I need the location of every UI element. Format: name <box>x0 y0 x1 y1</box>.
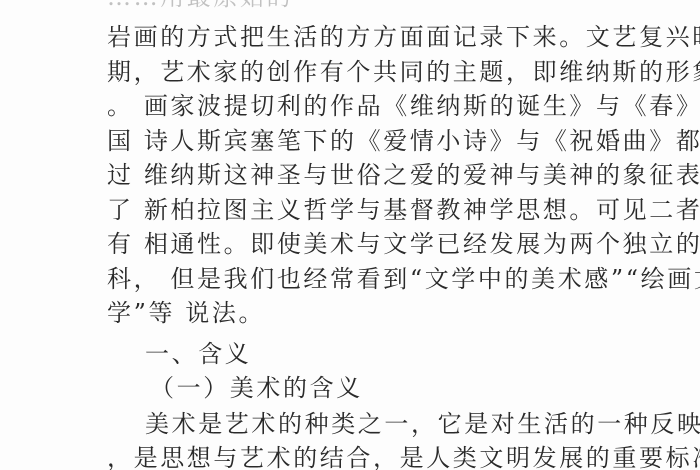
subsection-heading: （一）美术的含义 <box>150 373 363 403</box>
text-line: 岩画的方式把生活的方方面面记录下来。文艺复兴时 <box>107 22 700 52</box>
text-line: 。 画家波提切利的作品《维纳斯的诞生》与《春》英 <box>107 91 700 121</box>
text-line: 科， 但是我们也经常看到“文学中的美术感”“绘画文 <box>107 264 700 294</box>
text-line: 学”等 说法。 <box>107 298 265 328</box>
text-line: 过 维纳斯这神圣与世俗之爱的爱神与美神的象征表达 <box>107 160 700 190</box>
text-line: 国 诗人斯宾塞笔下的《爱情小诗》与《祝婚曲》都通 <box>107 126 700 156</box>
text-line: 期，艺术家的创作有个共同的主题，即维纳斯的形象 <box>107 57 700 87</box>
text-line: 有 相通性。即使美术与文学已经发展为两个独立的学 <box>107 229 700 259</box>
body-text-line: ，是思想与艺术的结合，是人类文明发展的重要标准 <box>107 443 700 470</box>
text-line: 了 新柏拉图主义哲学与基督教神学思想。可见二者具 <box>107 195 700 225</box>
body-text-line: 美术是艺术的种类之一，它是对生活的一种反映 <box>145 409 700 439</box>
text-line-cut-off: ……用最原始的 <box>107 0 293 12</box>
document-page: ……用最原始的 岩画的方式把生活的方方面面记录下来。文艺复兴时 期，艺术家的创作… <box>0 0 700 470</box>
section-heading: 一、含义 <box>145 339 251 369</box>
